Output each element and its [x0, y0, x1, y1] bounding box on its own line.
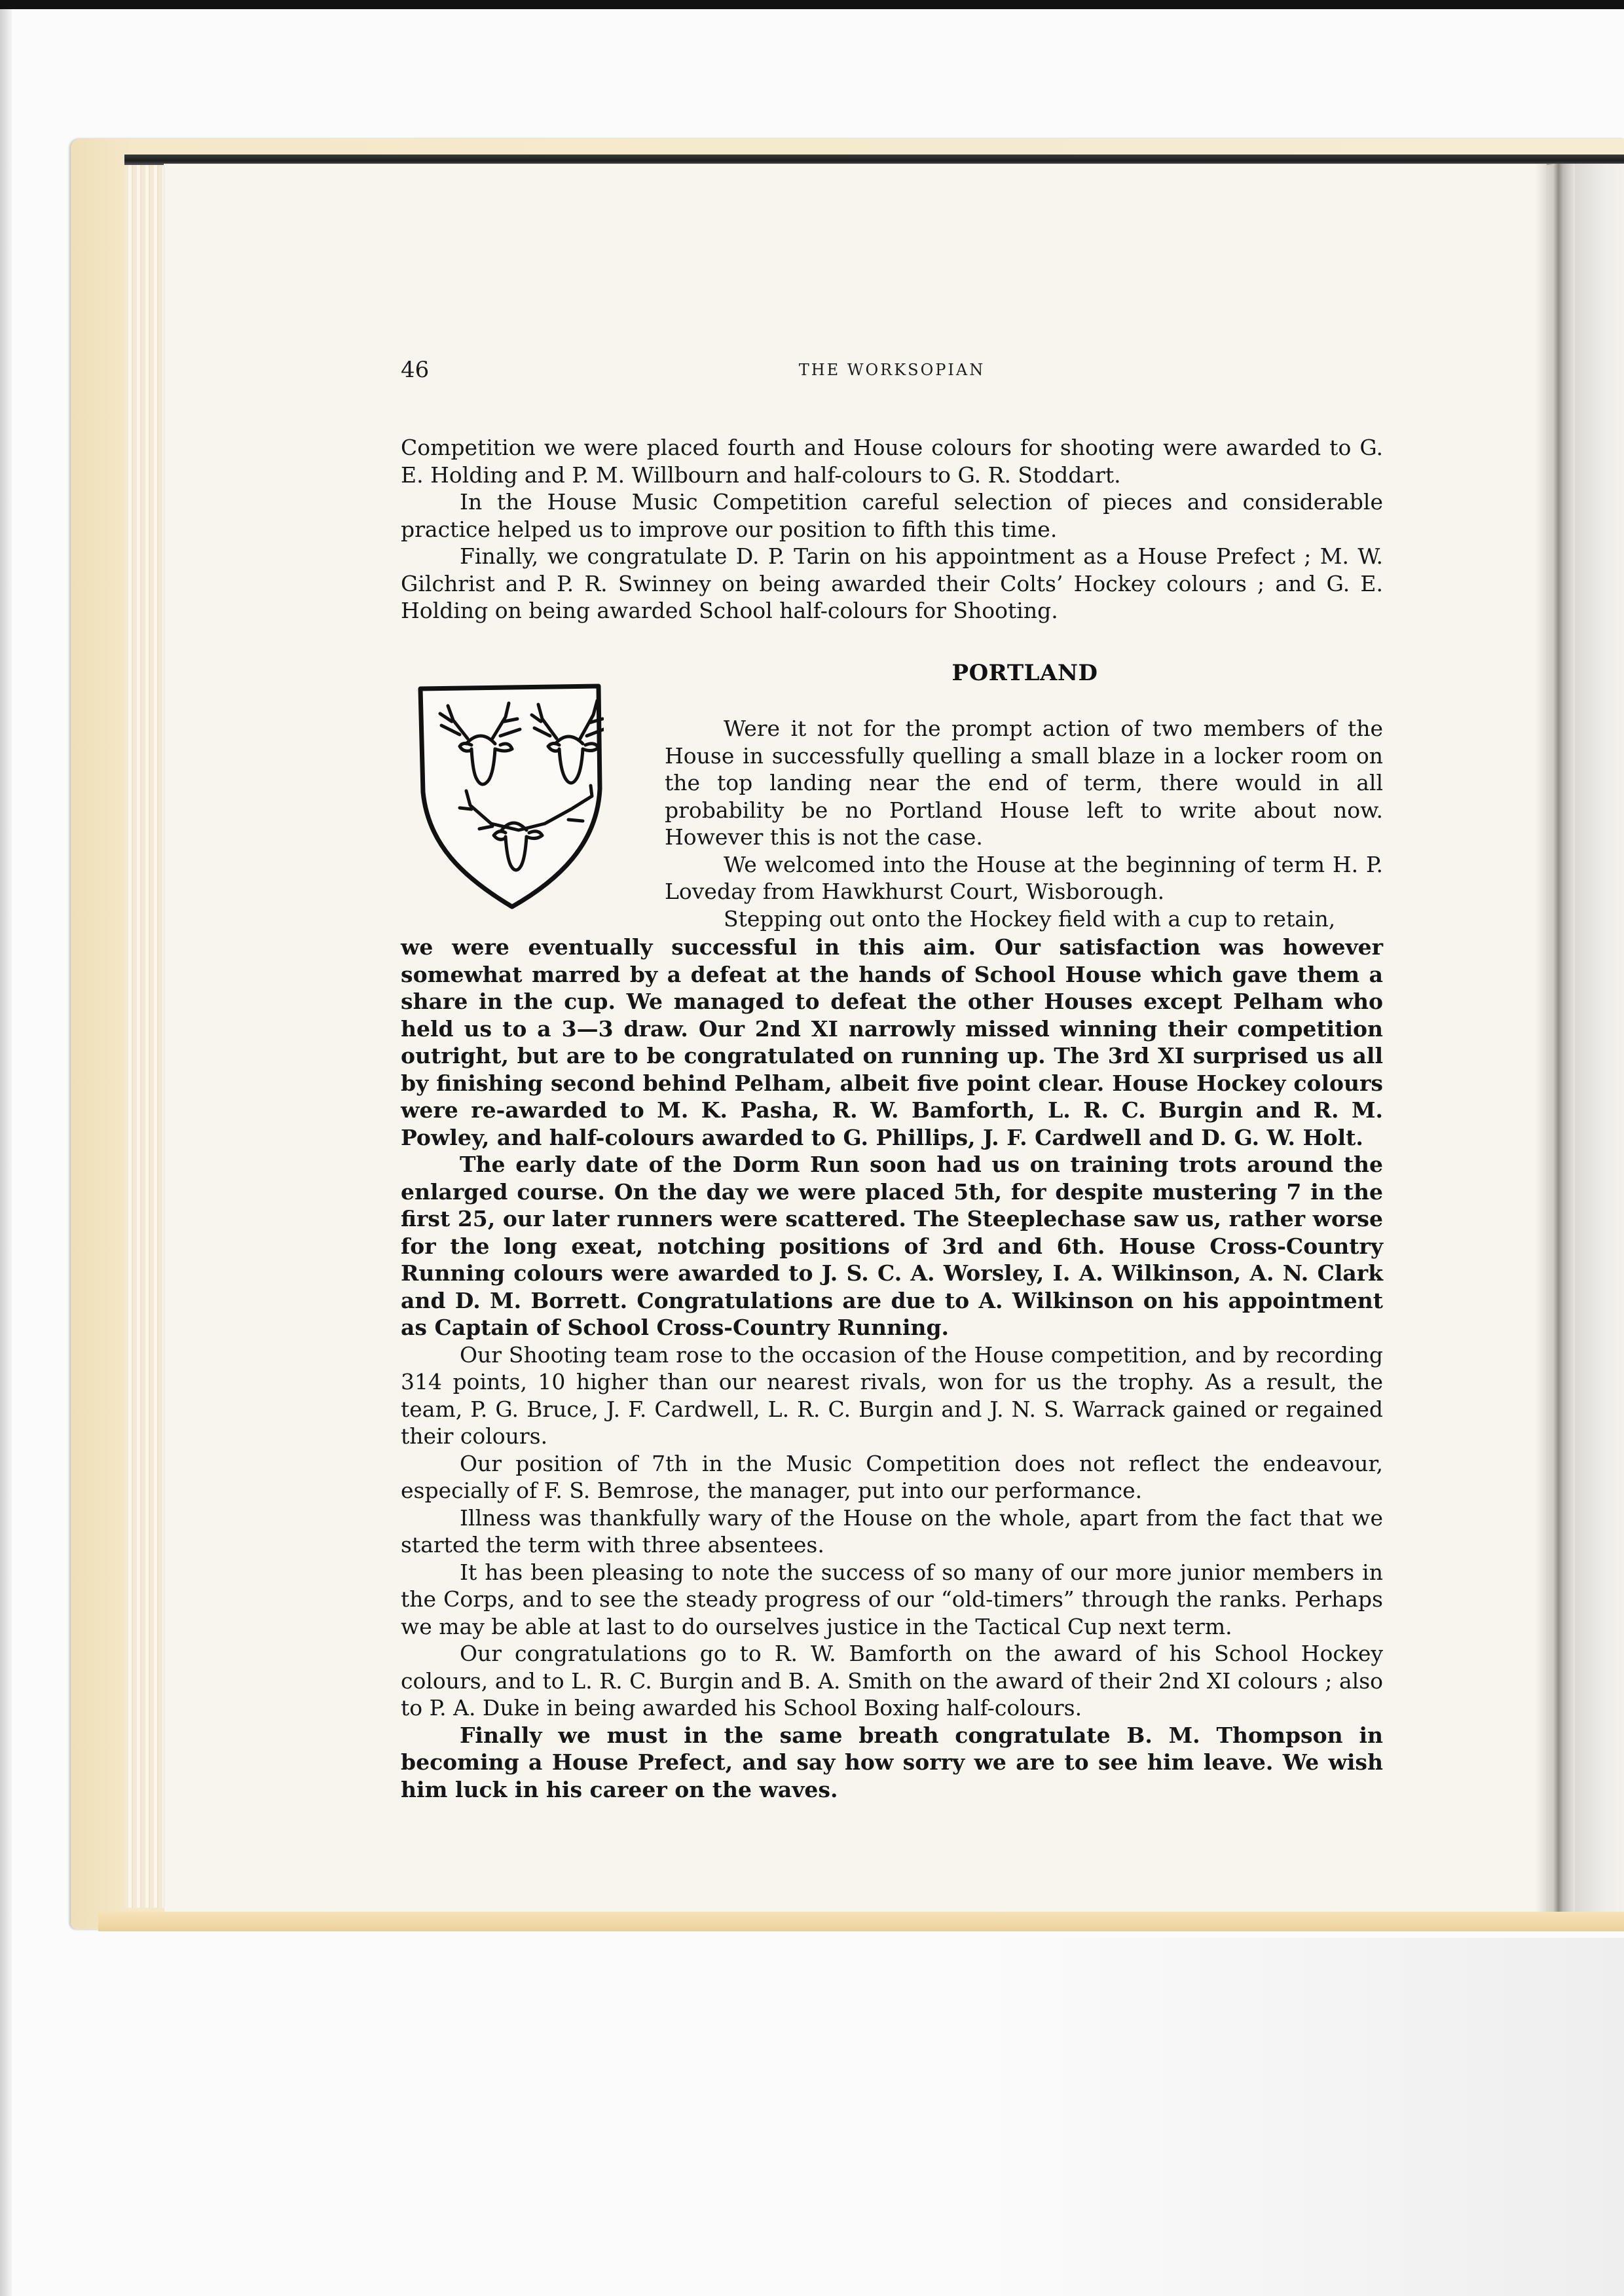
shield-three-stag-heads-icon	[414, 681, 604, 910]
paragraph-illness: Illness was thankfully wary of the House…	[401, 1504, 1383, 1559]
page-header: 46 THE WORKSOPIAN	[401, 357, 1383, 383]
book-cover-bottom-edge	[98, 1912, 1624, 1931]
paragraph-music: Our position of 7th in the Music Competi…	[401, 1450, 1383, 1504]
paragraph: Were it not for the prompt action of two…	[665, 715, 1383, 851]
continued-report: Competition we were placed fourth and Ho…	[401, 434, 1383, 625]
paragraph: We welcomed into the House at the beginn…	[665, 851, 1383, 905]
scanner-bed-shadow	[982, 1938, 1624, 2296]
paragraph-congratulations: Our congratulations go to R. W. Bamforth…	[401, 1640, 1383, 1722]
facing-page-edge	[1575, 164, 1624, 1913]
paragraph-shooting: Our Shooting team rose to the occasion o…	[401, 1341, 1383, 1450]
page-gutter-shadow	[1536, 164, 1575, 1913]
scanner-top-edge	[0, 0, 1624, 9]
paragraph-cross-country: The early date of the Dorm Run soon had …	[401, 1151, 1383, 1341]
portland-report: we were eventually successful in this ai…	[401, 934, 1383, 1803]
paragraph: In the House Music Competition careful s…	[401, 488, 1383, 543]
paragraph: Competition we were placed fourth and Ho…	[401, 434, 1383, 488]
paragraph: Finally, we congratulate D. P. Tarin on …	[401, 543, 1383, 625]
paragraph-farewell: Finally we must in the same breath congr…	[401, 1722, 1383, 1804]
running-head: THE WORKSOPIAN	[401, 361, 1383, 379]
portland-intro: Were it not for the prompt action of two…	[665, 715, 1383, 932]
scanner-left-edge	[0, 9, 12, 2296]
paragraph: Stepping out onto the Hockey field with …	[665, 905, 1383, 933]
paragraph-hockey: we were eventually successful in this ai…	[401, 934, 1383, 1151]
section-title: PORTLAND	[894, 660, 1156, 686]
paragraph-corps: It has been pleasing to note the success…	[401, 1559, 1383, 1641]
